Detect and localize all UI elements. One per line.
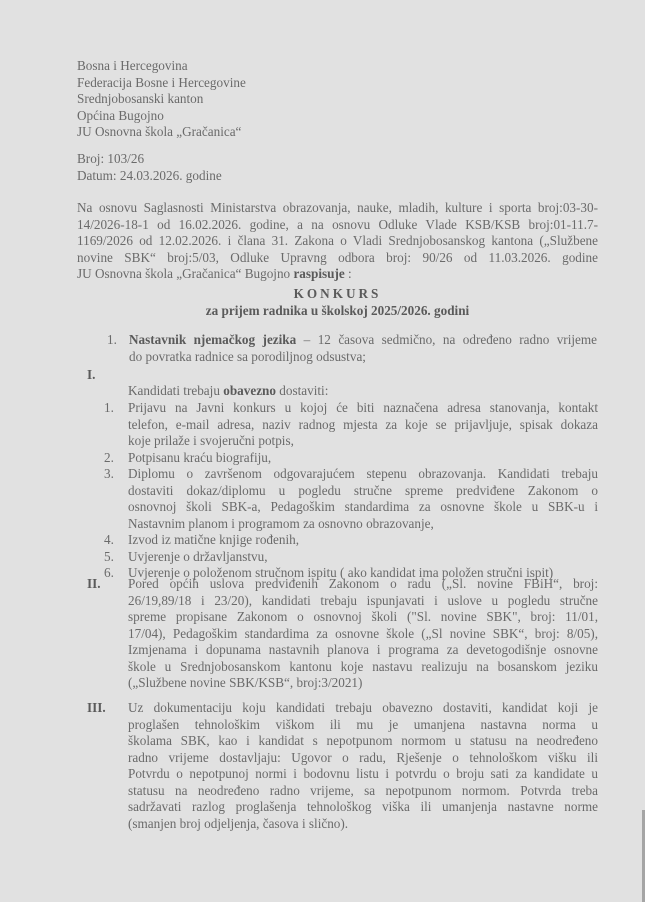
list-item-number: 4. bbox=[104, 532, 114, 549]
position-details: – 12 časova sedmično, na određeno radno … bbox=[296, 332, 597, 347]
title-main: KONKURS bbox=[0, 286, 645, 303]
section-iii-label: III. bbox=[87, 700, 106, 717]
req-intro-bold: obavezno bbox=[223, 383, 276, 398]
header-canton: Srednjobosanski kanton bbox=[77, 91, 246, 108]
list-item-line: dostaviti dokaz/diplomu u pogledu stručn… bbox=[128, 483, 598, 500]
requirements-intro: Kandidati trebaju obavezno dostaviti: bbox=[128, 383, 328, 400]
reference-block: Broj: 103/26 Datum: 24.03.2026. godine bbox=[77, 151, 222, 184]
intro-line: novine SBK“ broj:5/03, Odluke Upravng od… bbox=[77, 250, 598, 267]
section-line: spreme propisane Zakonom o osnovnoj škol… bbox=[128, 609, 598, 626]
list-item-line: Uvjerenje o državljanstvu, bbox=[128, 549, 598, 566]
document-title: KONKURS za prijem radnika u školskoj 202… bbox=[0, 286, 645, 319]
req-intro-prefix: Kandidati trebaju bbox=[128, 383, 223, 398]
section-line: proglašen tehnološkim viškom ili mu je u… bbox=[128, 717, 598, 734]
list-item-number: 2. bbox=[104, 450, 114, 467]
list-item-line: Izvod iz matične knjige rođenih, bbox=[128, 532, 598, 549]
title-subtitle: za prijem radnika u školskoj 2025/2026. … bbox=[0, 303, 645, 320]
section-line: Izmjenama i dopunama nastavnih planova i… bbox=[128, 642, 598, 659]
list-item-line: Diplomu o završenom odgovarajućem stepen… bbox=[128, 466, 598, 483]
section-line: školama SBK, kao i kandidat s nepotpunom… bbox=[128, 733, 598, 750]
req-intro-suffix: dostaviti: bbox=[276, 383, 328, 398]
reference-number: Broj: 103/26 bbox=[77, 151, 222, 168]
intro-last-suffix: : bbox=[345, 266, 352, 281]
institution-header: Bosna i Hercegovina Federacija Bosne i H… bbox=[77, 58, 246, 141]
intro-last-prefix: JU Osnovna škola „Gračanica“ Bugojno bbox=[77, 266, 293, 281]
section-line: Uz dokumentaciju koju kandidati trebaju … bbox=[128, 700, 598, 717]
position-item: 1. Nastavnik njemačkog jezika – 12 časov… bbox=[107, 332, 597, 365]
section-ii: II. Pored općih uslova predviđenih Zakon… bbox=[87, 576, 598, 692]
position-line-2: do povratka radnice sa porodiljnog odsus… bbox=[129, 349, 597, 366]
list-item: 1. Prijavu na Javni konkurs u kojoj će b… bbox=[104, 400, 598, 450]
section-ii-label: II. bbox=[87, 576, 101, 593]
intro-last-line: JU Osnovna škola „Gračanica“ Bugojno ras… bbox=[77, 266, 598, 283]
list-item-number: 3. bbox=[104, 466, 114, 483]
section-i-label: I. bbox=[87, 367, 95, 384]
list-item-line: Nastavnim planom i programom za osnovno … bbox=[128, 516, 598, 533]
intro-announces: raspisuje bbox=[293, 266, 344, 281]
header-municipality: Općina Bugojno bbox=[77, 108, 246, 125]
header-country: Bosna i Hercegovina bbox=[77, 58, 246, 75]
list-item-number: 5. bbox=[104, 549, 114, 566]
intro-paragraph: Na osnovu Saglasnosti Ministarstva obraz… bbox=[77, 200, 598, 283]
list-item: 3. Diplomu o završenom odgovarajućem ste… bbox=[104, 466, 598, 532]
section-line: statusu na neodređeno radno vrijeme, sa … bbox=[128, 783, 598, 800]
list-item-line: telefon, e-mail adresa, naziv radnog mje… bbox=[128, 417, 598, 434]
section-line: 17/04), Pedagoškim standardima za osnovn… bbox=[128, 626, 598, 643]
header-federation: Federacija Bosne i Hercegovine bbox=[77, 75, 246, 92]
section-line: škole u Srednjobosanskom kantonu koje na… bbox=[128, 659, 598, 676]
list-item: 2. Potpisanu kraću biografiju, bbox=[104, 450, 598, 467]
reference-date: Datum: 24.03.2026. godine bbox=[77, 168, 222, 185]
section-line: 26/19,89/18 i 23/20), kandidati trebaju … bbox=[128, 593, 598, 610]
list-item-line: Prijavu na Javni konkurs u kojoj će biti… bbox=[128, 400, 598, 417]
section-line: Pored općih uslova predviđenih Zakonom o… bbox=[128, 576, 598, 593]
list-item-number: 1. bbox=[104, 400, 114, 417]
position-name: Nastavnik njemačkog jezika bbox=[129, 332, 296, 347]
section-line: Potvrdu o nepotpunoj normi i bodovnu lis… bbox=[128, 766, 598, 783]
intro-line: 14/2026-18-1 od 16.02.2026. godine, a na… bbox=[77, 217, 598, 234]
intro-line: 1169/2026 od 12.02.2026. i člana 31. Zak… bbox=[77, 233, 598, 250]
section-line: („Službene novine SBK/KSB“, broj:3/2021) bbox=[128, 675, 598, 692]
list-item: 5. Uvjerenje o državljanstvu, bbox=[104, 549, 598, 566]
requirements-list: 1. Prijavu na Javni konkurs u kojoj će b… bbox=[104, 400, 598, 582]
section-line: radno vrijeme dostavljaju: Ugovor o radu… bbox=[128, 750, 598, 767]
list-item-line: osnovnoj školi SBK-a, Pedagoškim standar… bbox=[128, 499, 598, 516]
header-school: JU Osnovna škola „Gračanica“ bbox=[77, 124, 246, 141]
section-line: (smanjen broj odjeljenja, časova i sličn… bbox=[128, 816, 598, 833]
section-iii: III. Uz dokumentaciju koju kandidati tre… bbox=[87, 700, 598, 832]
list-item: 4. Izvod iz matične knjige rođenih, bbox=[104, 532, 598, 549]
list-item-line: Potpisanu kraću biografiju, bbox=[128, 450, 598, 467]
position-line-1: Nastavnik njemačkog jezika – 12 časova s… bbox=[129, 332, 597, 349]
section-line: sadržavati razlog proglašenja tehnološko… bbox=[128, 799, 598, 816]
position-number: 1. bbox=[107, 332, 117, 349]
intro-line: Na osnovu Saglasnosti Ministarstva obraz… bbox=[77, 200, 598, 217]
list-item-line: koje prilaže i svojeručni potpis, bbox=[128, 433, 598, 450]
